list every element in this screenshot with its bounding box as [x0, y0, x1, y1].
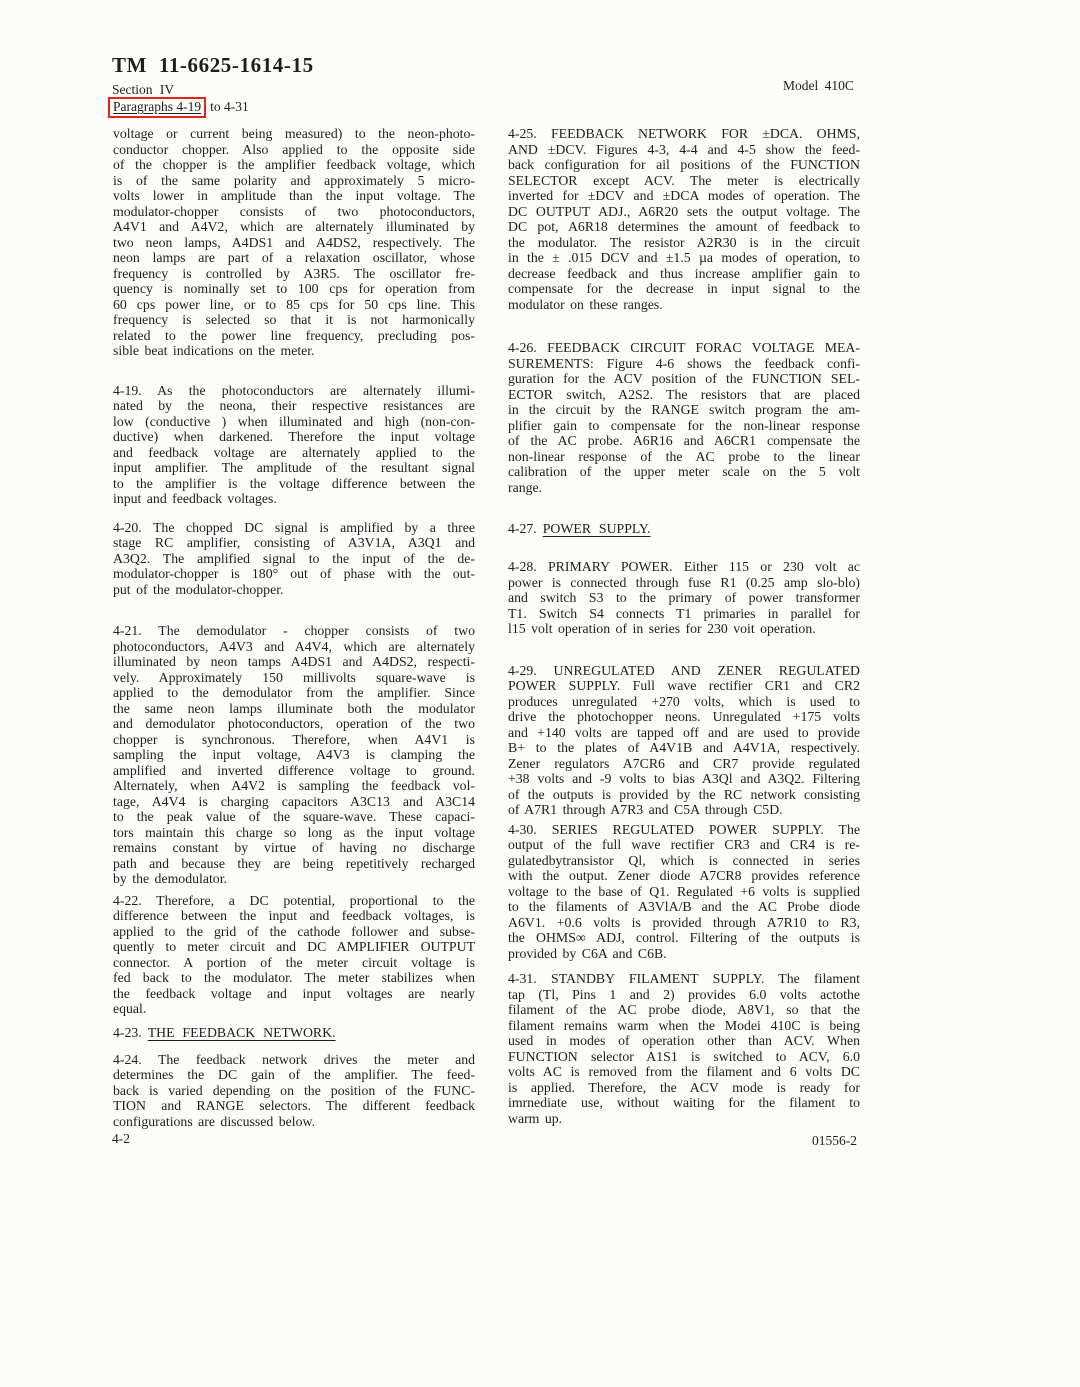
text-line: tage, A4V4 is charging capacitors A3C13 …: [113, 794, 475, 810]
text-line: l15 volt operation of in series for 230 …: [508, 621, 860, 637]
text-line: in the circuit by the RANGE switch progr…: [508, 402, 860, 418]
text-line: modulator-chopper consists of two photoc…: [113, 204, 475, 220]
text-line: input amplifier. The amplitude of the re…: [113, 460, 475, 476]
text-line: imrnediate use, without waiting for the …: [508, 1095, 860, 1111]
paragraph-4-20: 4-20. The chopped DC signal is amplified…: [113, 520, 475, 598]
text-line: 4-22. Therefore, a DC potential, proport…: [113, 893, 475, 909]
text-line: modulator-chopper is 180° out of phase w…: [113, 566, 475, 582]
text-line: and feedback voltage are alternately app…: [113, 445, 475, 461]
text-line: to the peak value of the square-wave. Th…: [113, 809, 475, 825]
text-line: determines the DC gain of the amplifier.…: [113, 1067, 475, 1083]
heading-number: 4-27.: [508, 521, 537, 536]
text-line: voltage or current being measured) to th…: [113, 126, 475, 142]
paragraph-4-28: 4-28. PRIMARY POWER. Either 115 or 230 v…: [508, 559, 860, 637]
text-line: volts lower in amplitude than the input …: [113, 188, 475, 204]
text-line: low (conductive ) when illuminated and h…: [113, 414, 475, 430]
text-line: quency is nominally set to 100 cps for o…: [113, 281, 475, 297]
text-line: 4-24. The feedback network drives the me…: [113, 1052, 475, 1068]
text-line: calibration of the upper meter scale on …: [508, 464, 860, 480]
text-line: to the filaments of A3VlA/B and the AC P…: [508, 899, 860, 915]
text-line: conductor chopper. Also applied to the o…: [113, 142, 475, 158]
text-line: input and feedback voltages.: [113, 491, 475, 507]
text-line: with the output. Zener diode A7CR8 provi…: [508, 868, 860, 884]
text-line: 4-31. STANDBY FILAMENT SUPPLY. The filam…: [508, 971, 860, 987]
text-line: non-linear response of the AC probe to t…: [508, 449, 860, 465]
text-line: sampling the input voltage, A4V3 is clam…: [113, 747, 475, 763]
section-label: Section IV: [112, 82, 174, 98]
heading-title: THE FEEDBACK NETWORK.: [148, 1025, 336, 1040]
text-line: configurations are discussed below.: [113, 1114, 475, 1130]
text-line: the same neon lamps illuminate both the …: [113, 701, 475, 717]
text-line: filament of the AC probe diode, A8V1, so…: [508, 1002, 860, 1018]
text-line: provided by C6A and C6B.: [508, 946, 860, 962]
paragraphs-link[interactable]: Paragraphs 4-19: [108, 97, 206, 118]
text-line: A3Q2. The amplified signal to the input …: [113, 551, 475, 567]
text-line: and +140 volts are tapped off and are us…: [508, 725, 860, 741]
text-line: compensate for the decrease in input sig…: [508, 281, 860, 297]
paragraphs-range-suffix: to 4-31: [210, 99, 249, 114]
text-line: tap (Tl, Pins 1 and 2) provides 6.0 volt…: [508, 987, 860, 1003]
text-line: stage RC amplifier, consisting of A3V1A,…: [113, 535, 475, 551]
text-line: back is varied depending on the position…: [113, 1083, 475, 1099]
text-line: ductive) when darkened. Therefore the in…: [113, 429, 475, 445]
text-line: sible beat indications on the meter.: [113, 343, 475, 359]
paragraph-4-22: 4-22. Therefore, a DC potential, proport…: [113, 893, 475, 1017]
text-line: 4-21. The demodulator - chopper consists…: [113, 623, 475, 639]
paragraph-4-24: 4-24. The feedback network drives the me…: [113, 1052, 475, 1130]
paragraph-range: Paragraphs 4-19to 4-31: [108, 97, 249, 118]
paragraph-4-27: 4-27.POWER SUPPLY.: [508, 521, 860, 538]
paragraph-4-26: 4-26. FEEDBACK CIRCUIT FORAC VOLTAGE MEA…: [508, 340, 860, 495]
text-line: FUNCTION selector A1S1 is switched to AC…: [508, 1049, 860, 1065]
text-line: decrease feedback and thus increase ampl…: [508, 266, 860, 282]
text-line: photoconductors, A4V3 and A4V4, which ar…: [113, 639, 475, 655]
text-line: SUREMENTS: Figure 4-6 shows the feedback…: [508, 356, 860, 372]
text-line: output of the full wave rectifier CR3 an…: [508, 837, 860, 853]
text-line: inverted for ±DCV and ±DCA modes of oper…: [508, 188, 860, 204]
text-line: DC OUTPUT ADJ., A6R20 sets the output vo…: [508, 204, 860, 220]
text-line: ECTOR switch, A2S2. The resistors that a…: [508, 387, 860, 403]
text-line: connector. A portion of the meter circui…: [113, 955, 475, 971]
text-line: in the ± .015 DCV and ±1.5 µa modes of o…: [508, 250, 860, 266]
text-line: drive the photochopper neons. Unregulate…: [508, 709, 860, 725]
text-line: 4-19. As the photoconductors are alterna…: [113, 383, 475, 399]
text-line: frequency is selected so that it is not …: [113, 312, 475, 328]
document-page: TM 11-6625-1614-15 Section IV Paragraphs…: [0, 0, 1080, 1387]
model-label: Model 410C: [783, 78, 854, 94]
heading-title: POWER SUPPLY.: [543, 521, 651, 536]
text-line: warm up.: [508, 1111, 860, 1127]
text-line: by the demodulator.: [113, 871, 475, 887]
text-line: and demodulator photoconductors, operati…: [113, 716, 475, 732]
text-line: chopper is synchronous. Therefore, when …: [113, 732, 475, 748]
text-line: guration for the ACV position of the FUN…: [508, 371, 860, 387]
text-line: applied to the demodulator from the ampl…: [113, 685, 475, 701]
text-line: Zener regulators A7CR6 and CR7 provide r…: [508, 756, 860, 772]
text-line: A6V1. +0.6 volts is provided through A7R…: [508, 915, 860, 931]
right-column: 4-25. FEEDBACK NETWORK FOR ±DCA. OHMS,AN…: [508, 126, 860, 1126]
text-line: 4-26. FEEDBACK CIRCUIT FORAC VOLTAGE MEA…: [508, 340, 860, 356]
text-line: to the amplifier is the voltage differen…: [113, 476, 475, 492]
paragraph-4-19: 4-19. As the photoconductors are alterna…: [113, 383, 475, 507]
paragraph-4-29: 4-29. UNREGULATED AND ZENER REGULATEDPOW…: [508, 663, 860, 818]
text-line: produces unregulated +270 volts, which i…: [508, 694, 860, 710]
text-line: 60 cps power line, or to 85 cps for 50 c…: [113, 297, 475, 313]
text-line: the feedback voltage and input voltages …: [113, 986, 475, 1002]
text-line: and switch S3 to the primary of power tr…: [508, 590, 860, 606]
text-line: T1. Switch S4 connects T1 primaries in p…: [508, 606, 860, 622]
text-line: is applied. Therefore, the ACV mode is r…: [508, 1080, 860, 1096]
text-line: DC pot, A6R18 determines the amount of f…: [508, 219, 860, 235]
text-line: 4-29. UNREGULATED AND ZENER REGULATED: [508, 663, 860, 679]
text-line: equal.: [113, 1001, 475, 1017]
text-line: +38 volts and -9 volts to bias A3Ql and …: [508, 771, 860, 787]
text-line: neon lamps are part of a relaxation osci…: [113, 250, 475, 266]
text-line: 4-30. SERIES REGULATED POWER SUPPLY. The: [508, 822, 860, 838]
paragraph-4-25: 4-25. FEEDBACK NETWORK FOR ±DCA. OHMS,AN…: [508, 126, 860, 312]
paragraph-4-31: 4-31. STANDBY FILAMENT SUPPLY. The filam…: [508, 971, 860, 1126]
text-line: vely. Approximately 150 millivolts squar…: [113, 670, 475, 686]
text-line: put of the modulator-chopper.: [113, 582, 475, 598]
text-line: 4-28. PRIMARY POWER. Either 115 or 230 v…: [508, 559, 860, 575]
text-line: illuminated by neon tamps A4DS1 and A4DS…: [113, 654, 475, 670]
text-line: AND ±DCV. Figures 4-3, 4-4 and 4-5 show …: [508, 142, 860, 158]
text-line: difference between the input and feedbac…: [113, 908, 475, 924]
text-line: 4-20. The chopped DC signal is amplified…: [113, 520, 475, 536]
text-line: filament remains warm when the Modei 410…: [508, 1018, 860, 1034]
text-line: TION and RANGE selectors. The different …: [113, 1098, 475, 1114]
text-line: POWER SUPPLY. Full wave rectifier CR1 an…: [508, 678, 860, 694]
tm-number: TM 11-6625-1614-15: [112, 53, 314, 78]
text-line: B+ to the plates of A4V1B and A4V1A, res…: [508, 740, 860, 756]
text-line: of the outputs is provided by the RC net…: [508, 787, 860, 803]
text-line: modulator on these ranges.: [508, 297, 860, 313]
text-line: Alternately, when A4V2 is sampling the f…: [113, 778, 475, 794]
text-line: amplified and inverted difference voltag…: [113, 763, 475, 779]
paragraph-intro: voltage or current being measured) to th…: [113, 126, 475, 359]
text-line: related to the power line frequency, pre…: [113, 328, 475, 344]
text-line: A4V1 and A4V2, which are alternately ill…: [113, 219, 475, 235]
text-line: tors maintain this charge so long as the…: [113, 825, 475, 841]
paragraph-4-21: 4-21. The demodulator - chopper consists…: [113, 623, 475, 887]
text-line: volts AC is removed from the filament an…: [508, 1064, 860, 1080]
text-line: of the chopper is the amplifier feedback…: [113, 157, 475, 173]
left-column: voltage or current being measured) to th…: [113, 126, 475, 1129]
text-line: used in modes of operation other than AC…: [508, 1033, 860, 1049]
text-line: fed back to the modulator. The meter sta…: [113, 970, 475, 986]
doc-number: 01556-2: [812, 1133, 857, 1149]
text-line: back configuration for ail positions of …: [508, 157, 860, 173]
text-line: nated by the neona, their respective res…: [113, 398, 475, 414]
paragraph-4-23: 4-23.THE FEEDBACK NETWORK.: [113, 1025, 475, 1042]
text-line: 4-25. FEEDBACK NETWORK FOR ±DCA. OHMS,: [508, 126, 860, 142]
text-line: SELECTOR except ACV. The meter is electr…: [508, 173, 860, 189]
text-line: voltage to the base of Q1. Regulated +6 …: [508, 884, 860, 900]
text-line: is of the same polarity and approximatel…: [113, 173, 475, 189]
text-line: applied to the grid of the cathode follo…: [113, 924, 475, 940]
text-line: gulatedbytransistor Ql, which is connect…: [508, 853, 860, 869]
text-line: frequency is controlled by A3R5. The osc…: [113, 266, 475, 282]
text-line: the OHMS∞ ADJ, control. Filtering of the…: [508, 930, 860, 946]
text-line: of the AC probe. A6R16 and A6CR1 compens…: [508, 433, 860, 449]
paragraph-4-30: 4-30. SERIES REGULATED POWER SUPPLY. The…: [508, 822, 860, 962]
text-line: two neon lamps, A4DS1 and A4DS2, respect…: [113, 235, 475, 251]
text-line: range.: [508, 480, 860, 496]
text-line: power is connected through fuse R1 (0.25…: [508, 575, 860, 591]
page-number: 4-2: [112, 1131, 130, 1147]
text-line: remains constant by virtue of having no …: [113, 840, 475, 856]
heading-number: 4-23.: [113, 1025, 142, 1040]
text-line: path and because they are being repetiti…: [113, 856, 475, 872]
text-line: quently to meter circuit and DC AMPLIFIE…: [113, 939, 475, 955]
text-line: plifier gain to compensate for the non-l…: [508, 418, 860, 434]
text-line: of A7R1 through A7R3 and C5A through C5D…: [508, 802, 860, 818]
text-line: the modulator. The resistor A2R30 is in …: [508, 235, 860, 251]
